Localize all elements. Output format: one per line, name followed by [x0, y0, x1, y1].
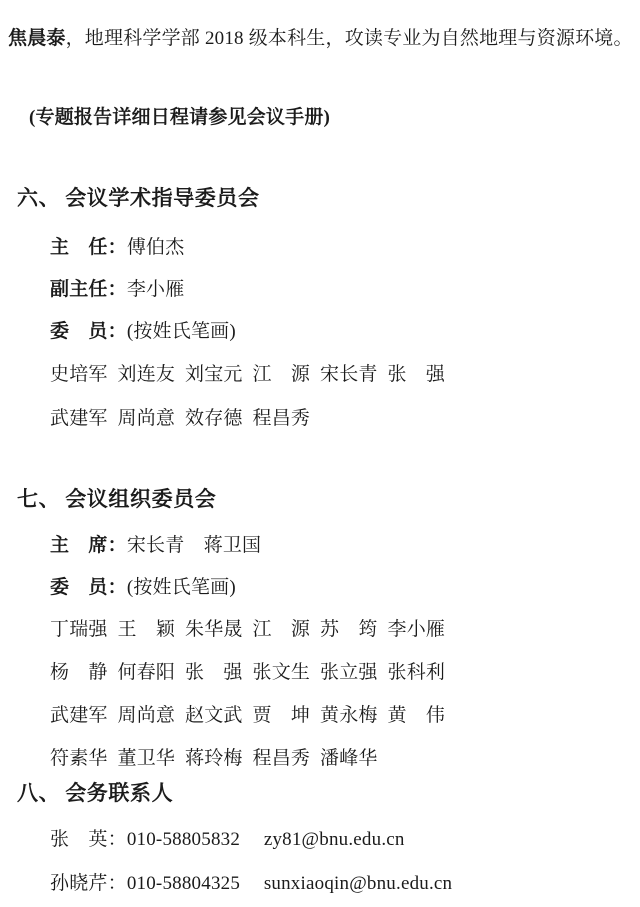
contact-row: 孙晓芹：010-58804325sunxiaoqin@bnu.edu.cn	[50, 871, 452, 896]
intro-paragraph: 焦晨泰，地理科学学部 2018 级本科生，攻读专业为自然地理与资源环境。	[8, 26, 633, 51]
organizing-member-name-row: 武建军 周尚意 赵文武 贾 坤 黄永梅 黄 伟	[50, 703, 445, 728]
organizing-member-name-row: 丁瑞强 王 颖 朱华晟 江 源 苏 筠 李小雁	[50, 617, 445, 642]
contact-email: zy81@bnu.edu.cn	[264, 829, 405, 850]
organizing-chair-row: 主 席：宋长青 蒋卫国	[50, 533, 261, 558]
section-organizing-heading: 七、会议组织委员会	[17, 486, 216, 513]
academic-chair-name: 傅伯杰	[127, 237, 185, 258]
organizing-chair-label: 主 席：	[50, 535, 127, 556]
academic-chair-label: 主 任：	[50, 237, 127, 258]
academic-members-note: (按姓氏笔画)	[127, 321, 236, 342]
section-organizing-number: 七、	[17, 487, 60, 511]
document-page: 焦晨泰，地理科学学部 2018 级本科生，攻读专业为自然地理与资源环境。 (专题…	[0, 0, 640, 907]
academic-vice-chair-name: 李小雁	[127, 279, 185, 300]
academic-members-label: 委 员：	[50, 321, 127, 342]
section-academic-number: 六、	[17, 186, 60, 210]
organizing-chair-names: 宋长青 蒋卫国	[127, 535, 261, 556]
contact-name: 孙晓芹：	[50, 873, 127, 894]
academic-vice-chair-label: 副主任：	[50, 279, 127, 300]
section-organizing-title: 会议组织委员会	[65, 487, 216, 511]
section-contacts-heading: 八、会务联系人	[17, 780, 173, 807]
contact-email: sunxiaoqin@bnu.edu.cn	[264, 873, 452, 894]
academic-members-row: 委 员：(按姓氏笔画)	[50, 319, 236, 344]
section-contacts-title: 会务联系人	[65, 781, 173, 805]
organizing-member-name-row: 符素华 董卫华 蒋玲梅 程昌秀 潘峰华	[50, 746, 378, 771]
section-contacts-number: 八、	[17, 781, 60, 805]
academic-vice-chair-row: 副主任：李小雁	[50, 277, 184, 302]
organizing-members-note: (按姓氏笔画)	[127, 577, 236, 598]
organizing-members-row: 委 员：(按姓氏笔画)	[50, 575, 236, 600]
contact-row: 张 英：010-58805832zy81@bnu.edu.cn	[50, 827, 405, 852]
intro-text: ，地理科学学部 2018 级本科生，攻读专业为自然地理与资源环境。	[66, 28, 633, 49]
organizing-member-name-row: 杨 静 何春阳 张 强 张文生 张立强 张科利	[50, 660, 445, 685]
contact-name: 张 英：	[50, 829, 127, 850]
academic-chair-row: 主 任：傅伯杰	[50, 235, 184, 260]
contact-phone: 010-58804325	[127, 871, 264, 896]
section-academic-heading: 六、会议学术指导委员会	[17, 185, 260, 212]
academic-member-name-row: 武建军 周尚意 效存德 程昌秀	[50, 406, 310, 431]
academic-member-name-row: 史培军 刘连友 刘宝元 江 源 宋长青 张 强	[50, 362, 445, 387]
author-name: 焦晨泰	[8, 28, 66, 49]
organizing-members-label: 委 员：	[50, 577, 127, 598]
schedule-note: (专题报告详细日程请参见会议手册)	[29, 105, 330, 130]
contact-phone: 010-58805832	[127, 827, 264, 852]
section-academic-title: 会议学术指导委员会	[65, 186, 259, 210]
